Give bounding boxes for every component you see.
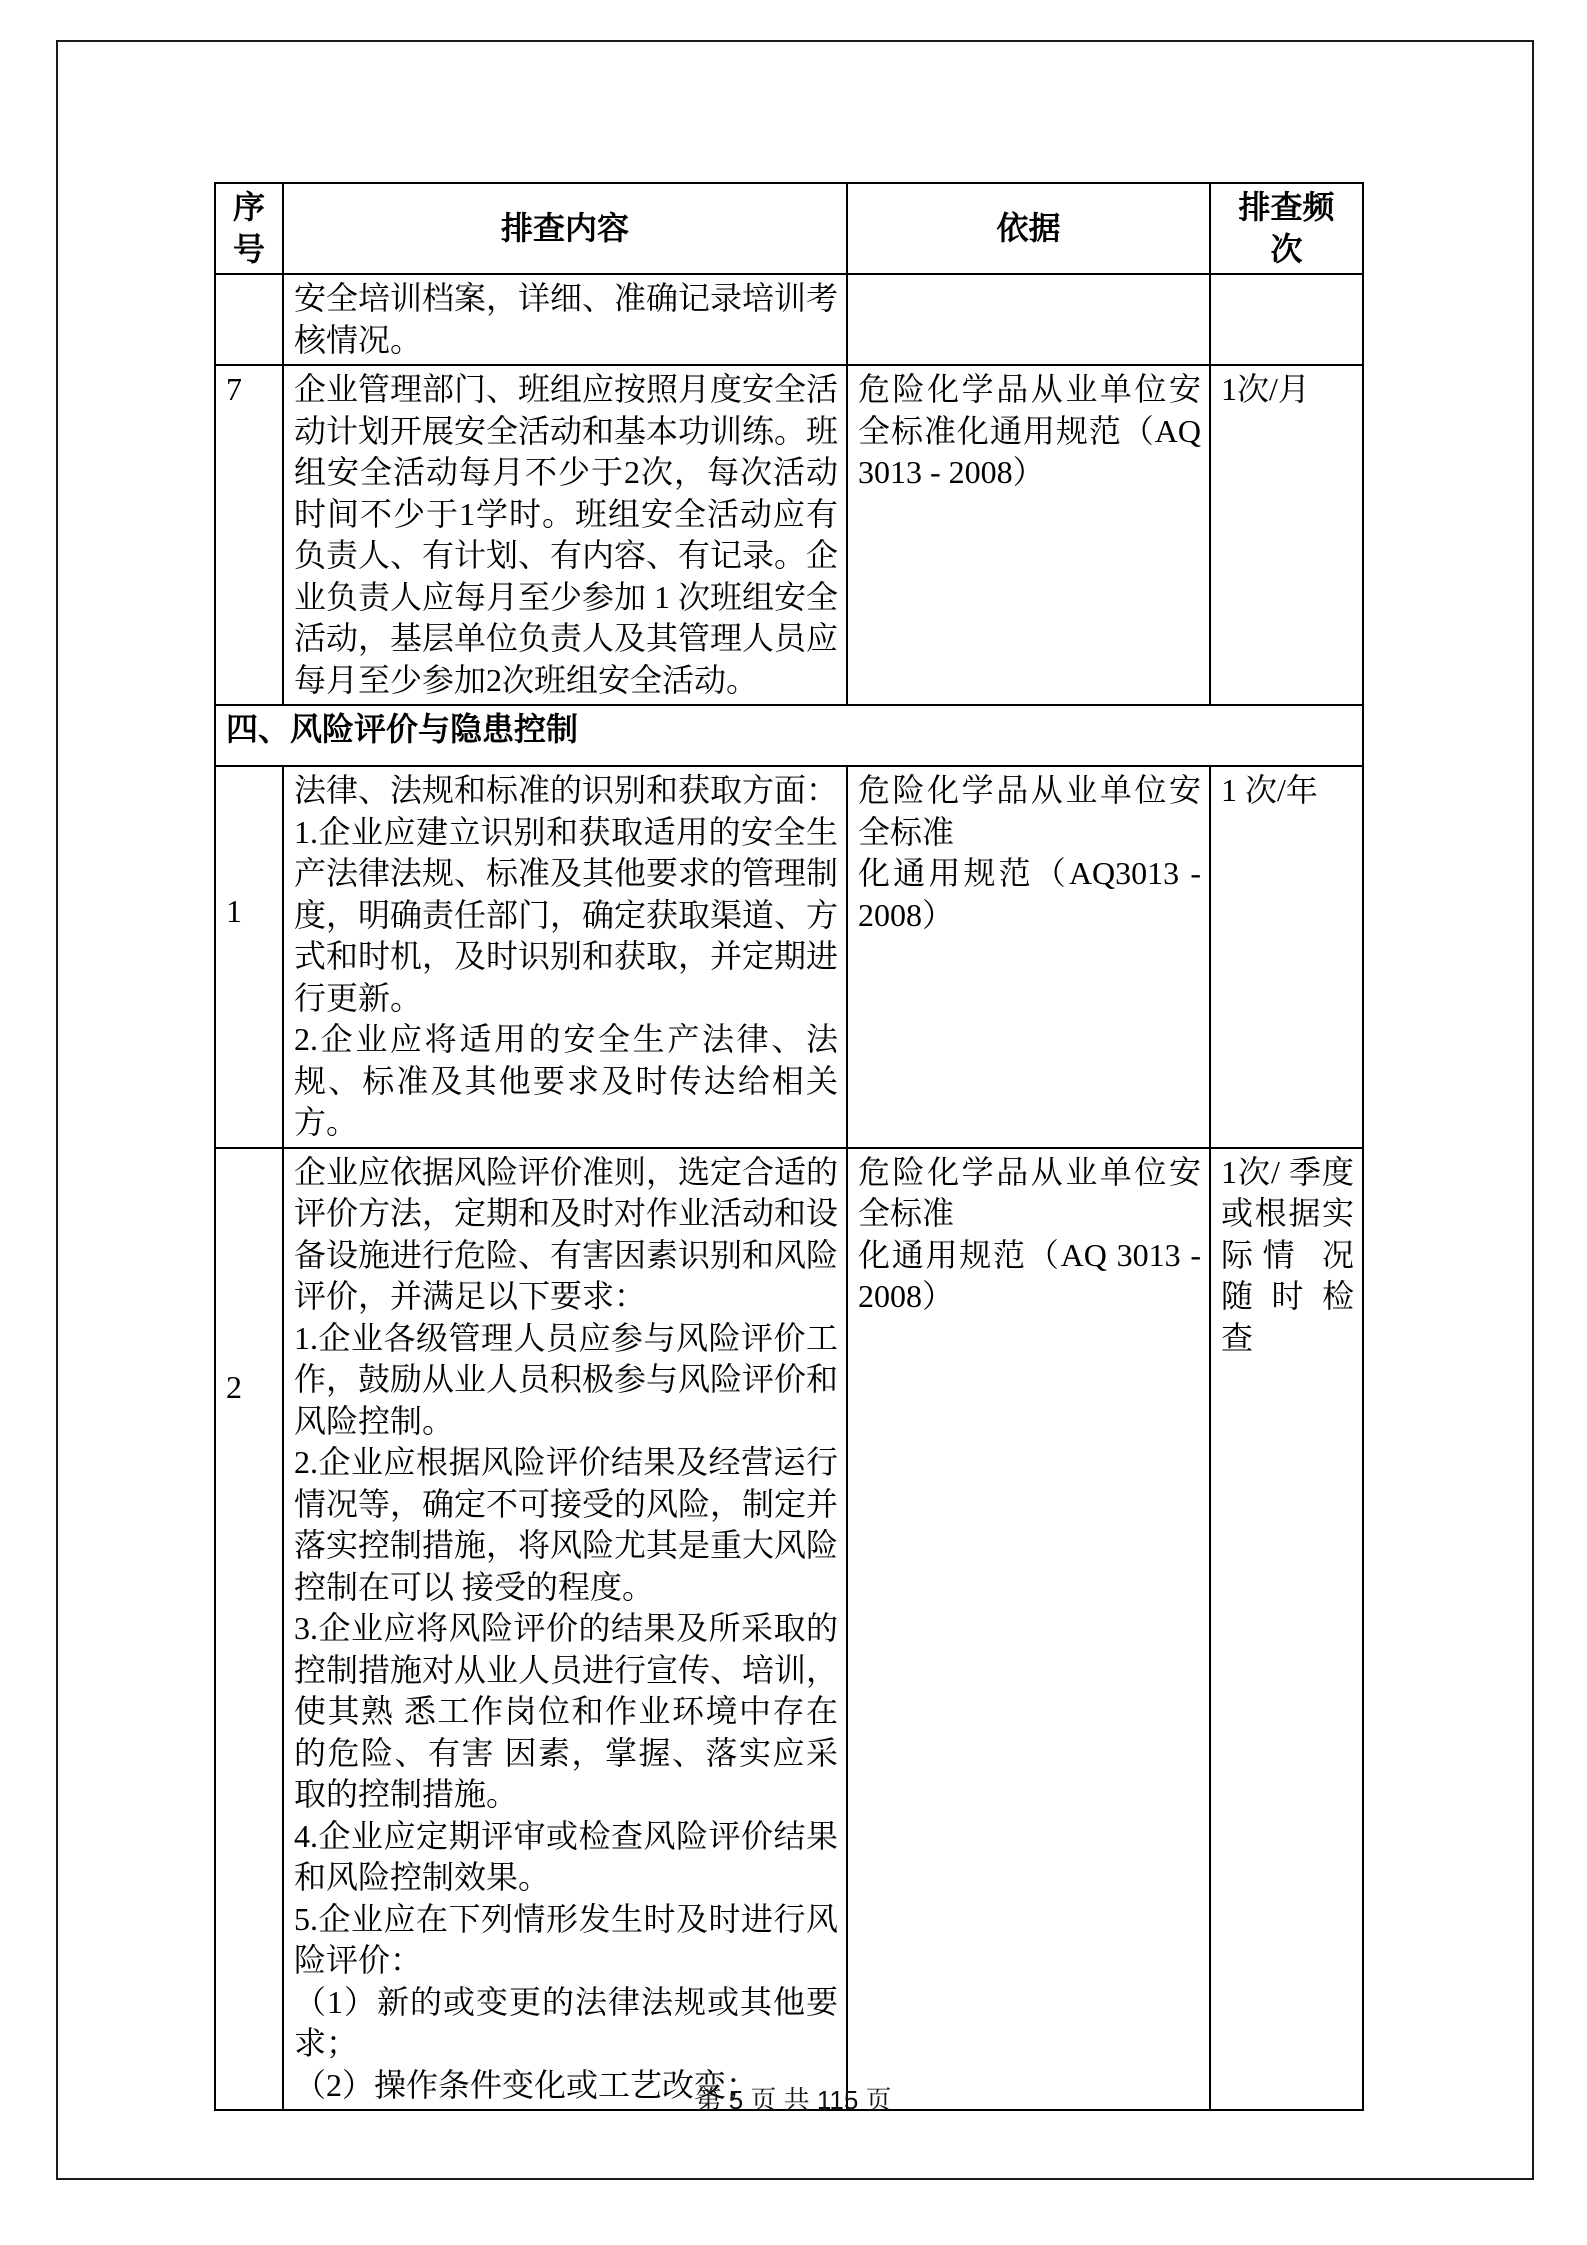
section-header: 四、风险评价与隐患控制 [215,705,1363,766]
cell-freq [1210,274,1363,365]
cell-no [215,274,283,365]
section-header-row: 四、风险评价与隐患控制 [215,705,1363,766]
cell-freq: 1 次/年 [1210,766,1363,1148]
header-cell-freq: 排查频 次 [1210,183,1363,274]
cell-no: 1 [215,766,283,1148]
header-cell-content: 排查内容 [283,183,847,274]
header-cell-no: 序 号 [215,183,283,274]
document-page: 序 号 排查内容 依据 排查频 次 安全培训档案，详细、准确记录培训考核情况。 … [0,0,1587,2245]
page-number-footer: 第 5 页 共 115 页 [0,2080,1587,2117]
cell-basis [847,274,1210,365]
cell-content: 企业应依据风险评价准则，选定合适的评价方法，定期和及时对作业活动和设备设施进行危… [283,1148,847,2111]
table-header-row: 序 号 排查内容 依据 排查频 次 [215,183,1363,274]
table-row-2: 2 企业应依据风险评价准则，选定合适的评价方法，定期和及时对作业活动和设备设施进… [215,1148,1363,2111]
cell-content: 企业管理部门、班组应按照月度安全活动计划开展安全活动和基本功训练。班组安全活动每… [283,365,847,705]
table-row-carryover: 安全培训档案，详细、准确记录培训考核情况。 [215,274,1363,365]
cell-basis: 危险化学品从业单位安全标准化通用规范（AQ 3013 - 2008） [847,365,1210,705]
cell-no: 7 [215,365,283,705]
table-row-1: 1 法律、法规和标准的识别和获取方面： 1.企业应建立识别和获取适用的安全生产法… [215,766,1363,1148]
cell-freq: 1次/月 [1210,365,1363,705]
inspection-checklist-table: 序 号 排查内容 依据 排查频 次 安全培训档案，详细、准确记录培训考核情况。 … [214,182,1364,2111]
cell-no: 2 [215,1148,283,2111]
cell-basis: 危险化学品从业单位安全标准 化通用规范（AQ3013 - 2008） [847,766,1210,1148]
table-row-7: 7 企业管理部门、班组应按照月度安全活动计划开展安全活动和基本功训练。班组安全活… [215,365,1363,705]
cell-content: 法律、法规和标准的识别和获取方面： 1.企业应建立识别和获取适用的安全生产法律法… [283,766,847,1148]
cell-basis: 危险化学品从业单位安全标准 化通用规范（AQ 3013 - 2008） [847,1148,1210,2111]
cell-content: 安全培训档案，详细、准确记录培训考核情况。 [283,274,847,365]
cell-freq: 1次/ 季度 或根据实 际情 况随时检 查 [1210,1148,1363,2111]
header-cell-basis: 依据 [847,183,1210,274]
